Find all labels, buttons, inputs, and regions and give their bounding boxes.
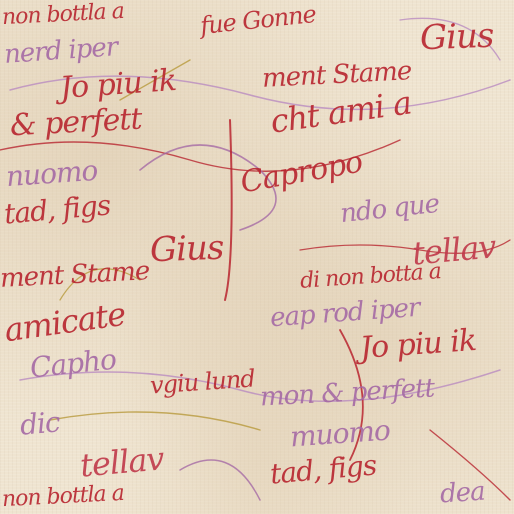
handwritten-word: muomo <box>289 417 391 452</box>
handwritten-word: nerd iper <box>3 34 118 68</box>
handwritten-word: Gius <box>419 19 494 56</box>
handwritten-word: Jo piu ik <box>59 66 177 104</box>
handwritten-word: Gius <box>149 231 224 268</box>
handwritten-word: & perfett <box>9 105 142 142</box>
handwritten-word: ment Stame <box>0 258 150 292</box>
handwritten-word: tellav <box>79 442 165 481</box>
handwritten-word: vgiu lund <box>149 366 255 397</box>
script-fabric-pattern: non bottla anerd iperfue GonneGiusJo piu… <box>0 0 514 514</box>
handwritten-word: Jo piu ik <box>359 326 477 364</box>
handwritten-word: nuomo <box>5 157 98 191</box>
handwritten-word: dea <box>439 478 485 507</box>
handwritten-word: dic <box>19 408 61 439</box>
